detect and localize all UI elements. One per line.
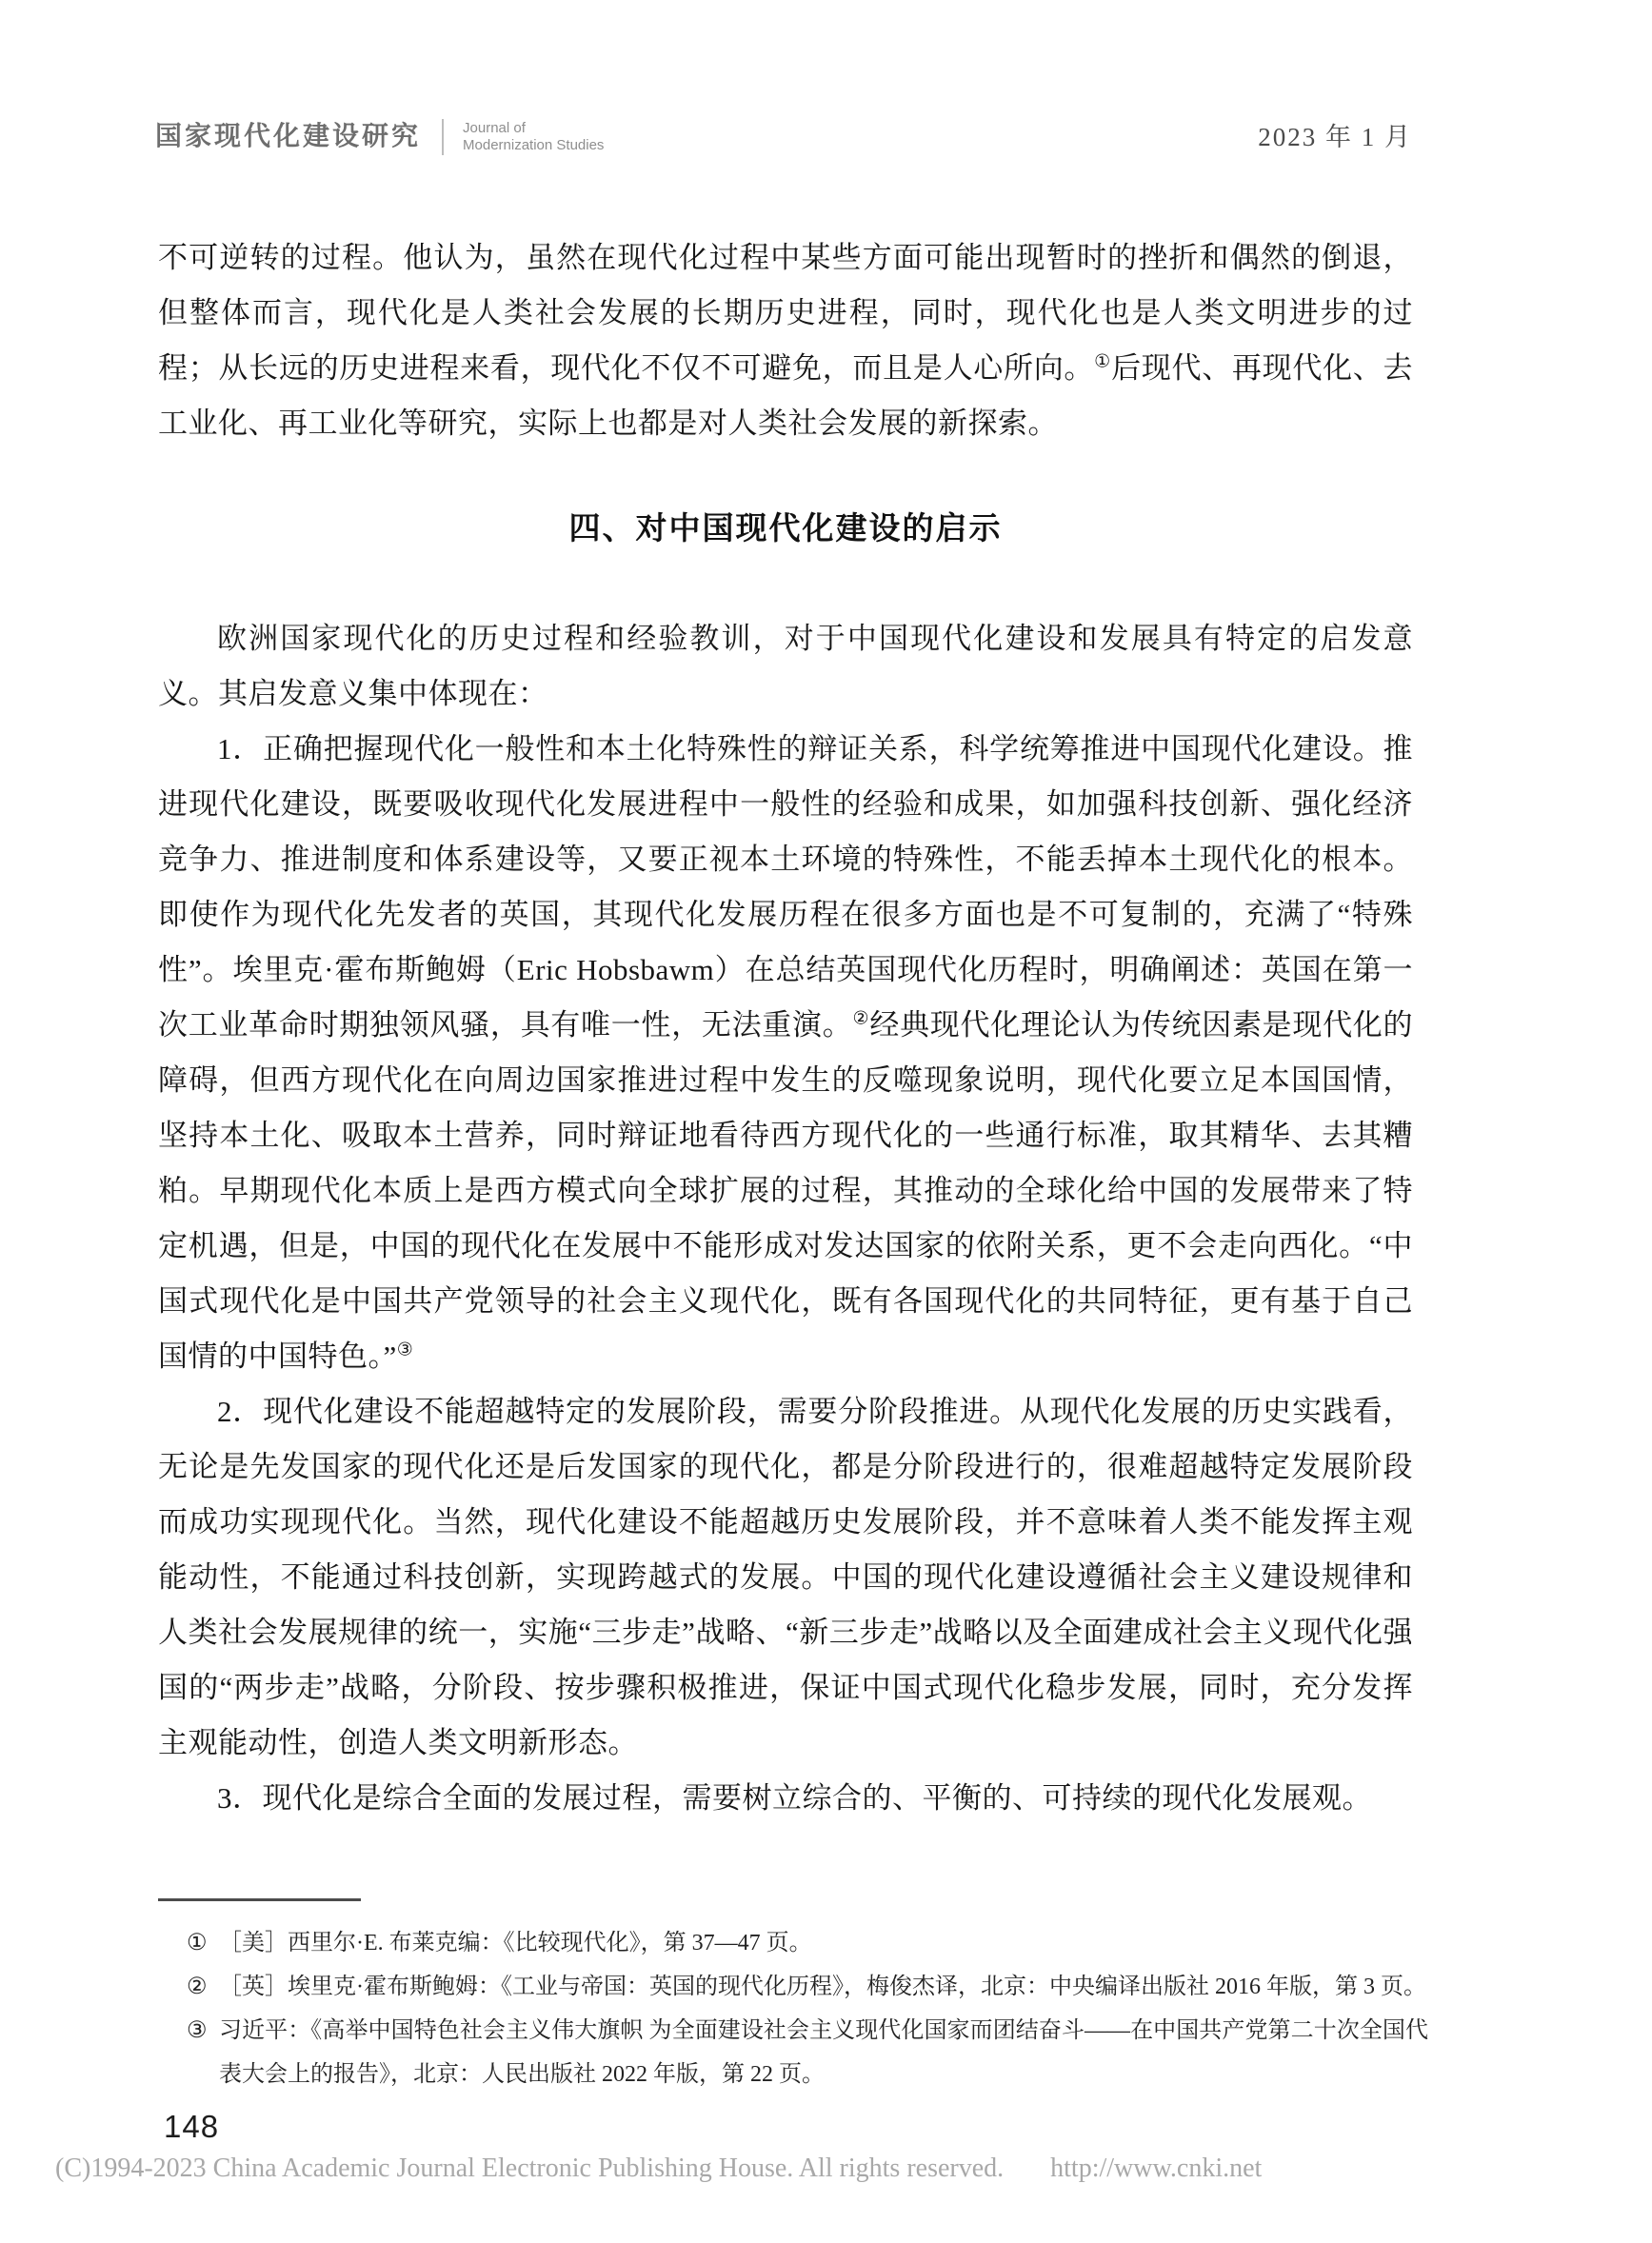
journal-title-en-line1: Journal of	[463, 120, 604, 137]
journal-title-cn: 国家现代化建设研究	[155, 118, 421, 154]
footnote-separator-rule	[158, 1898, 361, 1901]
body-paragraph-continuation: 不可逆转的过程。他认为，虽然在现代化过程中某些方面可能出现暂时的挫折和偶然的倒退…	[158, 230, 1413, 451]
footnote-number: ③	[158, 2009, 219, 2096]
page-number: 148	[164, 2108, 219, 2146]
header-divider	[442, 119, 444, 155]
body-paragraph-item2: 2．现代化建设不能超越特定的发展阶段，需要分阶段推进。从现代化发展的历史实践看，…	[158, 1384, 1413, 1771]
footnote-item: ② ［英］埃里克·霍布斯鲍姆：《工业与帝国：英国的现代化历程》，梅俊杰译，北京：…	[158, 1965, 1428, 2009]
body-paragraph-intro: 欧洲国家现代化的历史过程和经验教训，对于中国现代化建设和发展具有特定的启发意义。…	[158, 611, 1413, 722]
footnote-number: ①	[158, 1921, 219, 1965]
article-body: 不可逆转的过程。他认为，虽然在现代化过程中某些方面可能出现暂时的挫折和偶然的倒退…	[158, 230, 1413, 1826]
footnote-item: ③ 习近平：《高举中国特色社会主义伟大旗帜 为全面建设社会主义现代化国家而团结奋…	[158, 2009, 1428, 2096]
footnote-text: ［英］埃里克·霍布斯鲍姆：《工业与帝国：英国的现代化历程》，梅俊杰译，北京：中央…	[219, 1965, 1428, 2009]
cnki-url: http://www.cnki.net	[1050, 2154, 1262, 2183]
issue-date: 2023 年 1 月	[1258, 118, 1412, 153]
footnote-item: ① ［美］西里尔·E. 布莱克编：《比较现代化》，第 37—47 页。	[158, 1921, 1428, 1965]
section-heading: 四、对中国现代化建设的启示	[158, 506, 1413, 550]
body-paragraph-item1: 1．正确把握现代化一般性和本土化特殊性的辩证关系，科学统筹推进中国现代化建设。推…	[158, 722, 1413, 1384]
journal-page: 国家现代化建设研究 Journal of Modernization Studi…	[0, 0, 1652, 2243]
body-paragraph-item3: 3．现代化是综合全面的发展过程，需要树立综合的、平衡的、可持续的现代化发展观。	[158, 1771, 1413, 1826]
footnote-number: ②	[158, 1965, 219, 2009]
journal-title-en-line2: Modernization Studies	[463, 137, 604, 154]
journal-title-en: Journal of Modernization Studies	[463, 118, 604, 154]
footnotes: ① ［美］西里尔·E. 布莱克编：《比较现代化》，第 37—47 页。 ② ［英…	[158, 1921, 1428, 2096]
page-header: 国家现代化建设研究 Journal of Modernization Studi…	[155, 118, 1412, 155]
footnote-text: 习近平：《高举中国特色社会主义伟大旗帜 为全面建设社会主义现代化国家而团结奋斗—…	[219, 2009, 1428, 2096]
copyright-bar: (C)1994-2023 China Academic Journal Elec…	[55, 2152, 1617, 2186]
copyright-text: (C)1994-2023 China Academic Journal Elec…	[55, 2154, 1004, 2183]
footnote-text: ［美］西里尔·E. 布莱克编：《比较现代化》，第 37—47 页。	[219, 1921, 1428, 1965]
